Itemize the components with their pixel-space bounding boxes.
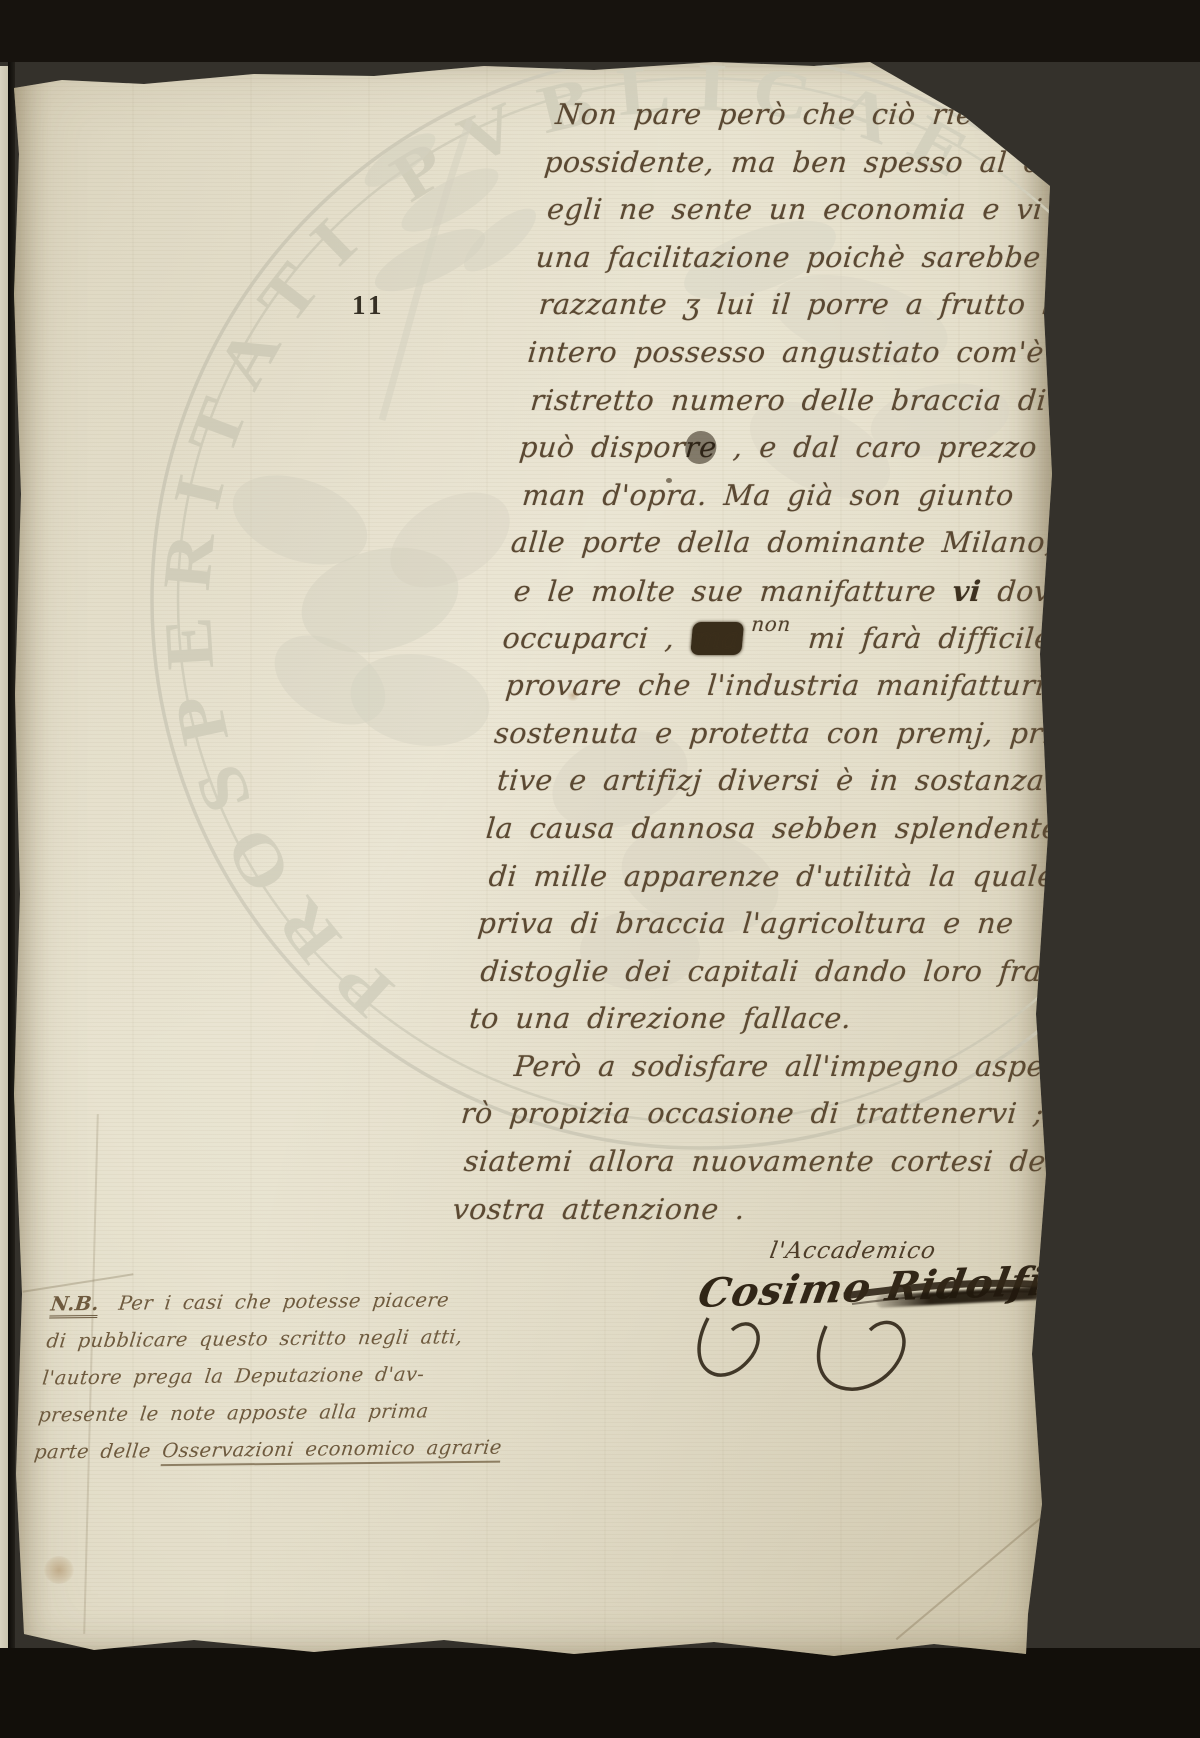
text-line: vostra attenzione . bbox=[450, 1193, 1006, 1241]
handwritten-body: Non pare però che ciò riesca gravoso alp… bbox=[450, 98, 1102, 1240]
text-line: la causa dannosa sebben splendente bbox=[483, 812, 1039, 860]
text-line: to una direzione fallace. bbox=[467, 1002, 1023, 1050]
manuscript-page: PROSPERITATI PVBLICAE bbox=[14, 54, 1052, 1670]
text-line: man d'opra. Ma già son giunto bbox=[512, 479, 1068, 527]
struck-out-word: ma bbox=[690, 622, 744, 655]
note-line: presente le note apposte alla prima bbox=[35, 1398, 520, 1440]
text-line: priva di braccia l'agricoltura e ne bbox=[475, 907, 1031, 955]
binding-gutter-shadow bbox=[8, 0, 15, 1738]
note-line: N.B. Per i casi che potesse piacere bbox=[48, 1287, 533, 1329]
note-line: parte delle Osservazioni economico agrar… bbox=[31, 1435, 516, 1477]
margin-note: N.B. Per i casi che potesse piaceredi pu… bbox=[31, 1287, 532, 1477]
signature: Cosimo Ridolfi bbox=[695, 1258, 1050, 1317]
text-line: alle porte della dominante Milano, bbox=[508, 526, 1064, 574]
text-line: occuparci , manon mi farà difficile di bbox=[500, 622, 1056, 670]
ink-speck bbox=[666, 478, 672, 483]
paper-stain bbox=[44, 1556, 74, 1584]
ink-smudged-word: re bbox=[684, 431, 718, 464]
text-line: rò propizia occasione di trattenervi ; bbox=[458, 1097, 1014, 1145]
adjacent-page-edge bbox=[0, 66, 8, 1668]
text-line: intero possesso angustiato com'è dal bbox=[525, 336, 1081, 384]
text-line: di mille apparenze d'utilità la quale bbox=[479, 860, 1035, 908]
scan-border-bottom bbox=[0, 1648, 1200, 1738]
inserted-word: non bbox=[751, 612, 792, 636]
text-line: siatemi allora nuovamente cortesi della bbox=[454, 1145, 1010, 1193]
text-line: Però a sodisfare all'impegno aspette- bbox=[463, 1050, 1019, 1098]
emphasized-word: vi bbox=[951, 574, 982, 608]
text-line: razzante ʒ lui il porre a frutto l' bbox=[529, 288, 1085, 336]
note-line: di pubblicare questo scritto negli atti, bbox=[44, 1324, 529, 1366]
paper-stain bbox=[566, 690, 580, 701]
text-line: una facilitazione poichè sarebbe imba- bbox=[533, 241, 1089, 289]
scan-background: { "colors": { "paper": "#e8e3d0", "ink":… bbox=[0, 0, 1200, 1738]
underlined-phrase: Osservazioni economico agrarie bbox=[161, 1436, 503, 1467]
text-line: tive e artifizj diversi è in sostanza bbox=[488, 764, 1044, 812]
text-line: distoglie dei capitali dando loro fratta… bbox=[471, 955, 1027, 1003]
scan-border-top bbox=[0, 0, 1200, 62]
text-line: sostenuta e protetta con premj, priva- bbox=[492, 717, 1048, 765]
text-line: egli ne sente un economia e vi trova bbox=[537, 193, 1093, 241]
text-line: ristretto numero delle braccia di cui bbox=[521, 384, 1077, 432]
note-line: l'autore prega la Deputazione d'av- bbox=[40, 1361, 525, 1403]
paper-crease bbox=[23, 1273, 134, 1292]
text-line: può disporre , e dal caro prezzo della bbox=[517, 431, 1073, 479]
closing-role: l'Accademico bbox=[768, 1238, 939, 1264]
page-number: 11 bbox=[352, 290, 386, 321]
